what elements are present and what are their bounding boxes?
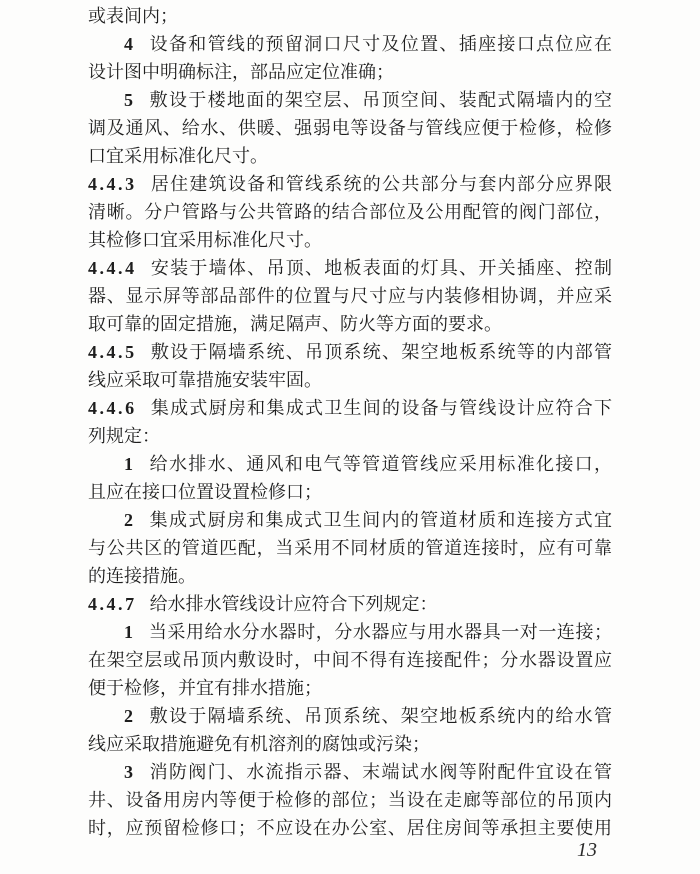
clause-number: 4.4.3 <box>88 174 137 194</box>
line-text: 便于检修，并宜有排水措施； <box>88 678 322 698</box>
text-line: 4.4.4安装于墙体、吊顶、地板表面的灯具、开关插座、控制 <box>88 254 612 282</box>
text-line: 线应采取措施避免有机溶剂的腐蚀或污染； <box>88 730 612 758</box>
text-line: 取可靠的固定措施，满足隔声、防火等方面的要求。 <box>88 310 612 338</box>
item-number: 5 <box>124 90 133 110</box>
line-text: 敷设于隔墙系统、吊顶系统、架空地板系统等的内部管 <box>150 342 612 362</box>
line-text: 安装于墙体、吊顶、地板表面的灯具、开关插座、控制 <box>150 258 612 278</box>
document-page: 或表间内；4设备和管线的预留洞口尺寸及位置、插座接口点位应在设计图中明确标注，部… <box>0 0 700 874</box>
line-text: 的连接措施。 <box>88 566 196 586</box>
text-line: 列规定： <box>88 422 612 450</box>
line-text: 取可靠的固定措施，满足隔声、防火等方面的要求。 <box>88 314 502 334</box>
page-footer: 13 <box>0 839 597 862</box>
text-line: 便于检修，并宜有排水措施； <box>88 674 612 702</box>
item-number: 4 <box>124 34 133 54</box>
item-number: 2 <box>124 706 133 726</box>
text-line: 口宜采用标准化尺寸。 <box>88 142 612 170</box>
text-line: 的连接措施。 <box>88 562 612 590</box>
text-line: 器、显示屏等部品部件的位置与尺寸应与内装修相协调，并应采 <box>88 282 612 310</box>
line-text: 在架空层或吊顶内敷设时，中间不得有连接配件；分水器设置应 <box>88 650 612 670</box>
text-line: 4设备和管线的预留洞口尺寸及位置、插座接口点位应在 <box>88 30 612 58</box>
text-line: 在架空层或吊顶内敷设时，中间不得有连接配件；分水器设置应 <box>88 646 612 674</box>
line-text: 当采用给水分水器时，分水器应与用水器具一对一连接； <box>148 622 612 642</box>
text-line: 且应在接口位置设置检修口； <box>88 478 612 506</box>
line-text: 与公共区的管道匹配，当采用不同材质的管道连接时，应有可靠 <box>88 538 612 558</box>
line-text: 口宜采用标准化尺寸。 <box>88 146 268 166</box>
line-text: 给水排水、通风和电气等管道管线应采用标准化接口， <box>148 454 612 474</box>
line-text: 给水排水管线设计应符合下列规定： <box>150 594 438 614</box>
text-line: 2集成式厨房和集成式卫生间内的管道材质和连接方式宜 <box>88 506 612 534</box>
item-number: 1 <box>124 454 133 474</box>
line-text: 时，应预留检修口；不应设在办公室、居住房间等承担主要使用 <box>88 818 612 838</box>
text-line: 5敷设于楼地面的架空层、吊顶空间、装配式隔墙内的空 <box>88 86 612 114</box>
line-text: 列规定： <box>88 426 160 446</box>
line-text: 其检修口宜采用标准化尺寸。 <box>88 230 322 250</box>
page-body: 或表间内；4设备和管线的预留洞口尺寸及位置、插座接口点位应在设计图中明确标注，部… <box>88 2 612 842</box>
line-text: 井、设备用房内等便于检修的部位；当设在走廊等部位的吊顶内 <box>88 790 612 810</box>
text-line: 调及通风、给水、供暖、强弱电等设备与管线应便于检修，检修 <box>88 114 612 142</box>
clause-number: 4.4.7 <box>88 594 137 614</box>
clause-number: 4.4.6 <box>88 398 137 418</box>
text-line: 4.4.3居住建筑设备和管线系统的公共部分与套内部分应界限 <box>88 170 612 198</box>
line-text: 敷设于楼地面的架空层、吊顶空间、装配式隔墙内的空 <box>148 90 612 110</box>
clause-number: 4.4.5 <box>88 342 137 362</box>
text-line: 清晰。分户管路与公共管路的结合部位及公用配管的阀门部位， <box>88 198 612 226</box>
line-text: 且应在接口位置设置检修口； <box>88 482 322 502</box>
line-text: 消防阀门、水流指示器、末端试水阀等附配件宜设在管 <box>148 762 612 782</box>
text-line: 其检修口宜采用标准化尺寸。 <box>88 226 612 254</box>
text-line: 2敷设于隔墙系统、吊顶系统、架空地板系统内的给水管 <box>88 702 612 730</box>
line-text: 集成式厨房和集成式卫生间的设备与管线设计应符合下 <box>150 398 612 418</box>
line-text: 敷设于隔墙系统、吊顶系统、架空地板系统内的给水管 <box>148 706 612 726</box>
text-line: 4.4.7给水排水管线设计应符合下列规定： <box>88 590 612 618</box>
text-line: 1当采用给水分水器时，分水器应与用水器具一对一连接； <box>88 618 612 646</box>
text-line: 井、设备用房内等便于检修的部位；当设在走廊等部位的吊顶内 <box>88 786 612 814</box>
item-number: 1 <box>124 622 133 642</box>
text-line: 1给水排水、通风和电气等管道管线应采用标准化接口， <box>88 450 612 478</box>
line-text: 清晰。分户管路与公共管路的结合部位及公用配管的阀门部位， <box>88 202 612 222</box>
text-line: 4.4.6集成式厨房和集成式卫生间的设备与管线设计应符合下 <box>88 394 612 422</box>
text-line: 线应采取可靠措施安装牢固。 <box>88 366 612 394</box>
line-text: 居住建筑设备和管线系统的公共部分与套内部分应界限 <box>150 174 612 194</box>
text-line: 与公共区的管道匹配，当采用不同材质的管道连接时，应有可靠 <box>88 534 612 562</box>
line-text: 集成式厨房和集成式卫生间内的管道材质和连接方式宜 <box>148 510 612 530</box>
text-line: 时，应预留检修口；不应设在办公室、居住房间等承担主要使用 <box>88 814 612 842</box>
text-line: 设计图中明确标注，部品应定位准确； <box>88 58 612 86</box>
line-text: 线应采取可靠措施安装牢固。 <box>88 370 322 390</box>
text-line: 4.4.5敷设于隔墙系统、吊顶系统、架空地板系统等的内部管 <box>88 338 612 366</box>
item-number: 3 <box>124 762 133 782</box>
text-line: 或表间内； <box>88 2 612 30</box>
text-line: 3消防阀门、水流指示器、末端试水阀等附配件宜设在管 <box>88 758 612 786</box>
line-text: 调及通风、给水、供暖、强弱电等设备与管线应便于检修，检修 <box>88 118 612 138</box>
line-text: 线应采取措施避免有机溶剂的腐蚀或污染； <box>88 734 430 754</box>
line-text: 器、显示屏等部品部件的位置与尺寸应与内装修相协调，并应采 <box>88 286 612 306</box>
line-text: 设备和管线的预留洞口尺寸及位置、插座接口点位应在 <box>148 34 612 54</box>
line-text: 或表间内； <box>88 6 178 26</box>
item-number: 2 <box>124 510 133 530</box>
page-number: 13 <box>577 839 597 861</box>
line-text: 设计图中明确标注，部品应定位准确； <box>88 62 394 82</box>
clause-number: 4.4.4 <box>88 258 137 278</box>
